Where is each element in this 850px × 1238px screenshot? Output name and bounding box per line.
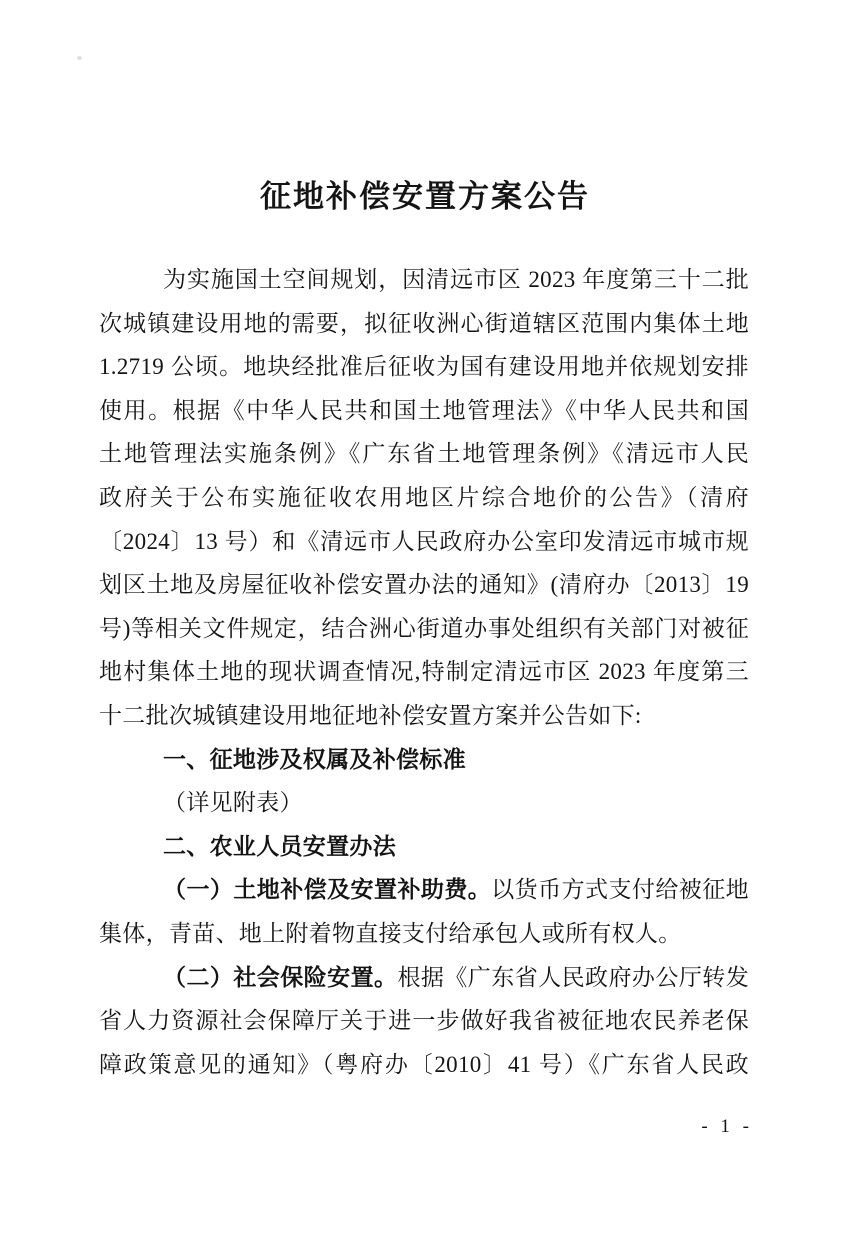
- body-line: （二）社会保险安置。根据《广东省人民政府办公厅转发: [99, 956, 749, 1000]
- body-line: （一）土地补偿及安置补助费。以货币方式支付给被征地: [99, 868, 749, 912]
- document-title: 征地补偿安置方案公告: [0, 176, 850, 218]
- body-line: 省人力资源社会保障厅关于进一步做好我省被征地农民养老保: [99, 999, 749, 1043]
- scan-artifact-speck: [77, 56, 82, 60]
- section-heading-2: 二、农业人员安置办法: [99, 825, 749, 869]
- section-heading-1: 一、征地涉及权属及补偿标准: [99, 738, 749, 782]
- body-line-text: 以货币方式支付给被征地: [491, 877, 749, 902]
- body-line: 地村集体土地的现状调查情况,特制定清远市区 2023 年度第三: [99, 650, 749, 694]
- body-line: 1.2719 公顷。地块经批准后征收为国有建设用地并依规划安排: [99, 345, 749, 389]
- body-line: 土地管理法实施条例》《广东省土地管理条例》《清远市人民: [99, 432, 749, 476]
- subheading-bold-text: （二）社会保险安置。: [163, 964, 397, 990]
- document-body: 为实施国土空间规划，因清远市区 2023 年度第三十二批 次城镇建设用地的需要，…: [99, 258, 749, 1086]
- document-page: 征地补偿安置方案公告 为实施国土空间规划，因清远市区 2023 年度第三十二批 …: [0, 0, 850, 1238]
- body-line: 使用。根据《中华人民共和国土地管理法》《中华人民共和国: [99, 389, 749, 433]
- body-line: 划区土地及房屋征收补偿安置办法的通知》(清府办〔2013〕19: [99, 563, 749, 607]
- body-line: 次城镇建设用地的需要，拟征收洲心街道辖区范围内集体土地: [99, 302, 749, 346]
- body-line-text: 根据《广东省人民政府办公厅转发: [397, 965, 749, 990]
- subheading-bold-text: （一）土地补偿及安置补助费。: [163, 876, 491, 902]
- page-number: - 1 -: [701, 1114, 753, 1140]
- body-line: 政府关于公布实施征收农用地区片综合地价的公告》（清府: [99, 476, 749, 520]
- body-line: 号)等相关文件规定，结合洲心街道办事处组织有关部门对被征: [99, 607, 749, 651]
- body-line: 为实施国土空间规划，因清远市区 2023 年度第三十二批: [99, 258, 749, 302]
- body-line: 〔2024〕13 号）和《清远市人民政府办公室印发清远市城市规: [99, 520, 749, 564]
- body-line: 障政策意见的通知》（粤府办〔2010〕41 号）《广东省人民政: [99, 1043, 749, 1087]
- body-line: 十二批次城镇建设用地征地补偿安置方案并公告如下:: [99, 694, 749, 738]
- body-line: （详见附表）: [99, 781, 749, 825]
- body-line: 集体，青苗、地上附着物直接支付给承包人或所有权人。: [99, 912, 749, 956]
